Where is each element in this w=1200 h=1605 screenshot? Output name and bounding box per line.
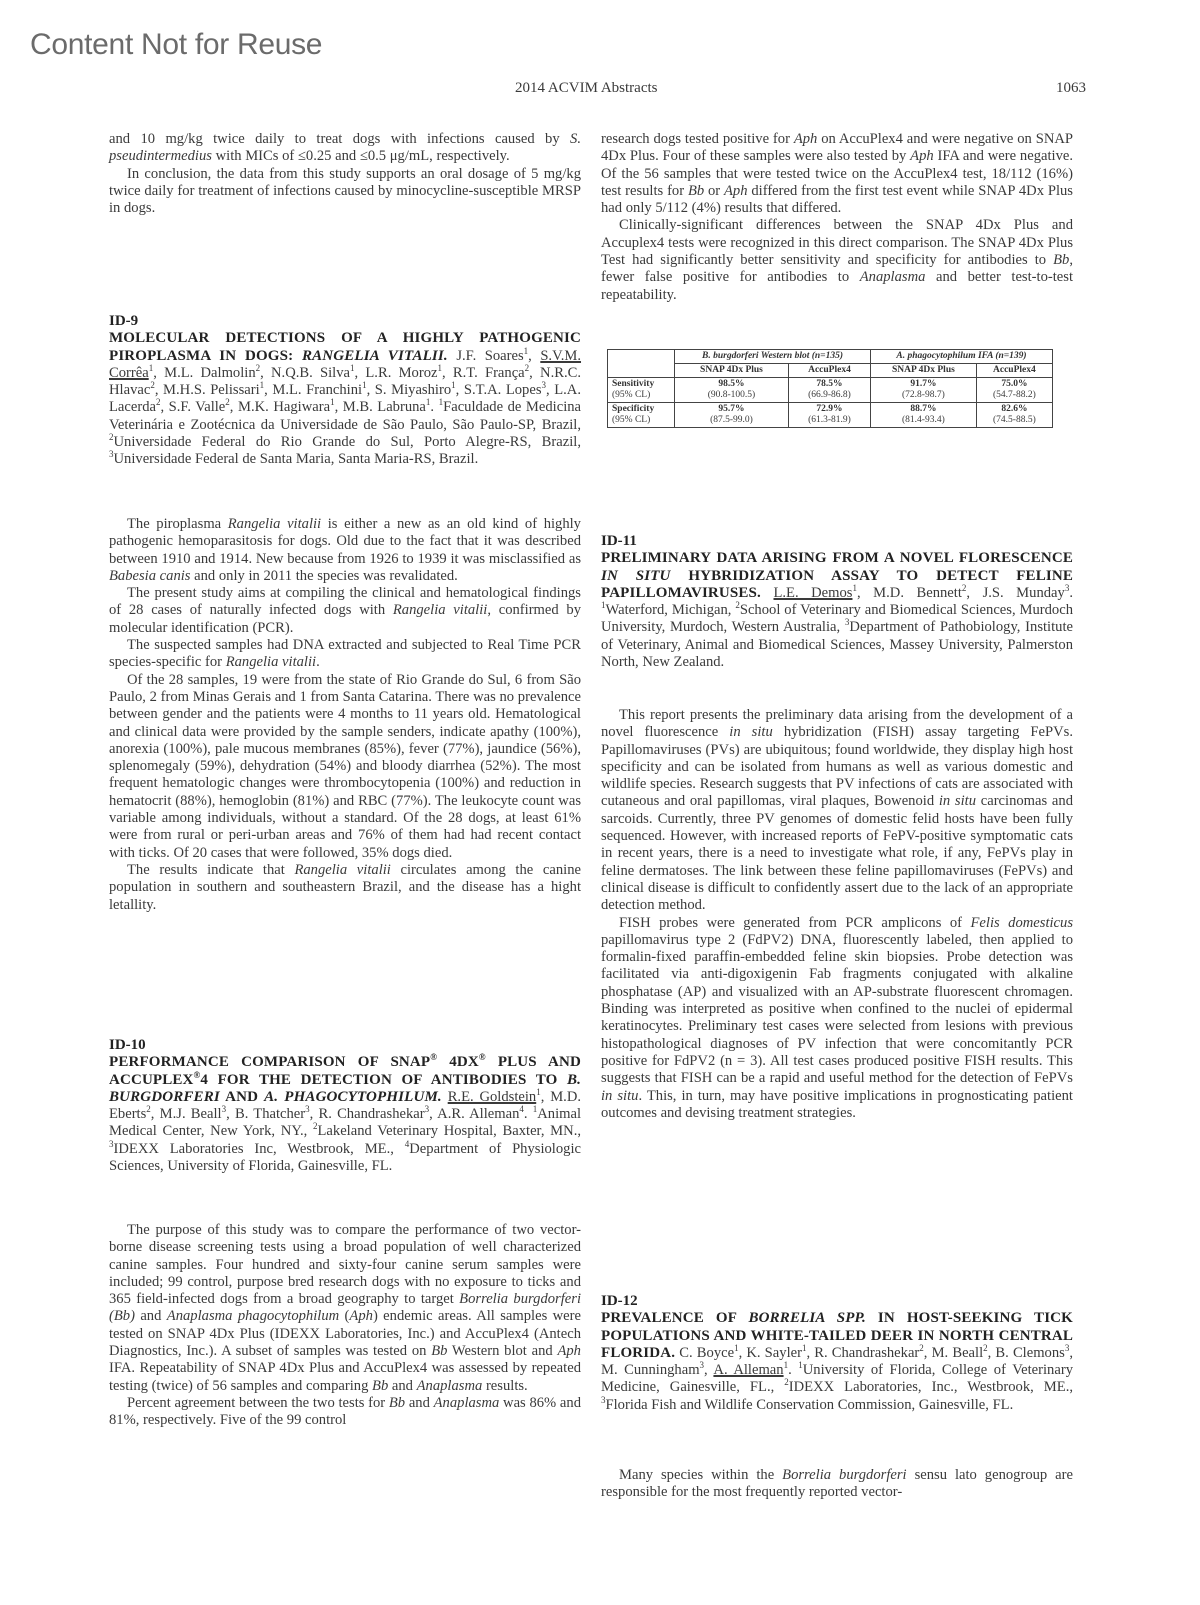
table-group-header: A. phagocytophilum IFA (n=139) — [871, 350, 1053, 364]
cell-value: 91.7% — [875, 379, 972, 390]
abstract-heading: PRELIMINARY DATA ARISING FROM A NOVEL FL… — [601, 550, 1073, 671]
table-row: Sensitivity(95% CL) 98.5%(90.8-100.5) 78… — [608, 378, 1053, 403]
cell-value: 88.7% — [875, 404, 972, 415]
abstract-id: ID-11 — [601, 533, 1073, 550]
watermark: Content Not for Reuse — [30, 28, 322, 62]
abstract-heading: PREVALENCE OF BORRELIA SPP. IN HOST-SEEK… — [601, 1310, 1073, 1414]
abstract-id10: ID-10 PERFORMANCE COMPARISON OF SNAP® 4D… — [109, 1037, 581, 1175]
abstract-heading: PERFORMANCE COMPARISON OF SNAP® 4DX® PLU… — [109, 1054, 581, 1175]
results-table: B. burgdorferi Western blot (n=135) A. p… — [607, 349, 1053, 428]
cell-ci: (87.5-99.0) — [679, 415, 784, 426]
abstract-id9: ID-9 MOLECULAR DETECTIONS OF A HIGHLY PA… — [109, 313, 581, 469]
cell-ci: (66.9-86.8) — [793, 390, 866, 401]
cell-ci: (72.8-98.7) — [875, 390, 972, 401]
right-continued-text: research dogs tested positive for Aph on… — [601, 131, 1073, 304]
abstract-id12: ID-12 PREVALENCE OF BORRELIA SPP. IN HOS… — [601, 1293, 1073, 1414]
abstract-id11-body: This report presents the preliminary dat… — [601, 707, 1073, 1122]
table-corner — [608, 350, 675, 364]
cell-value: 72.9% — [793, 404, 866, 415]
row-sublabel: (95% CL) — [612, 415, 670, 426]
cell-ci: (81.4-93.4) — [875, 415, 972, 426]
cell-value: 98.5% — [679, 379, 784, 390]
table-sub-header: SNAP 4Dx Plus — [871, 364, 977, 378]
abstract-id: ID-9 — [109, 313, 581, 330]
cell-ci: (54.7-88.2) — [981, 390, 1048, 401]
table-sub-header: AccuPlex4 — [976, 364, 1052, 378]
abstract-id9-body: The piroplasma Rangelia vitalii is eithe… — [109, 516, 581, 914]
abstract-heading: MOLECULAR DETECTIONS OF A HIGHLY PATHOGE… — [109, 330, 581, 468]
page-number: 1063 — [1056, 80, 1086, 97]
cell-ci: (90.8-100.5) — [679, 390, 784, 401]
row-label: Specificity — [612, 404, 670, 415]
cell-value: 75.0% — [981, 379, 1048, 390]
table-sub-header: SNAP 4Dx Plus — [675, 364, 789, 378]
cell-value: 78.5% — [793, 379, 866, 390]
running-head: 2014 ACVIM Abstracts — [515, 80, 658, 97]
cell-value: 95.7% — [679, 404, 784, 415]
abstract-id12-body: Many species within the Borrelia burgdor… — [601, 1467, 1073, 1502]
cell-value: 82.6% — [981, 404, 1048, 415]
abstract-id11: ID-11 PRELIMINARY DATA ARISING FROM A NO… — [601, 533, 1073, 671]
cell-ci: (74.5-88.5) — [981, 415, 1048, 426]
left-continued-text: and 10 mg/kg twice daily to treat dogs w… — [109, 131, 581, 217]
abstract-id10-body: The purpose of this study was to compare… — [109, 1222, 581, 1430]
abstract-id: ID-12 — [601, 1293, 1073, 1310]
table-group-header: B. burgdorferi Western blot (n=135) — [675, 350, 871, 364]
row-label: Sensitivity — [612, 379, 670, 390]
cell-ci: (61.3-81.9) — [793, 415, 866, 426]
table-corner — [608, 364, 675, 378]
row-sublabel: (95% CL) — [612, 390, 670, 401]
table-row: Specificity(95% CL) 95.7%(87.5-99.0) 72.… — [608, 403, 1053, 428]
table-sub-header: AccuPlex4 — [788, 364, 870, 378]
abstract-id: ID-10 — [109, 1037, 581, 1054]
